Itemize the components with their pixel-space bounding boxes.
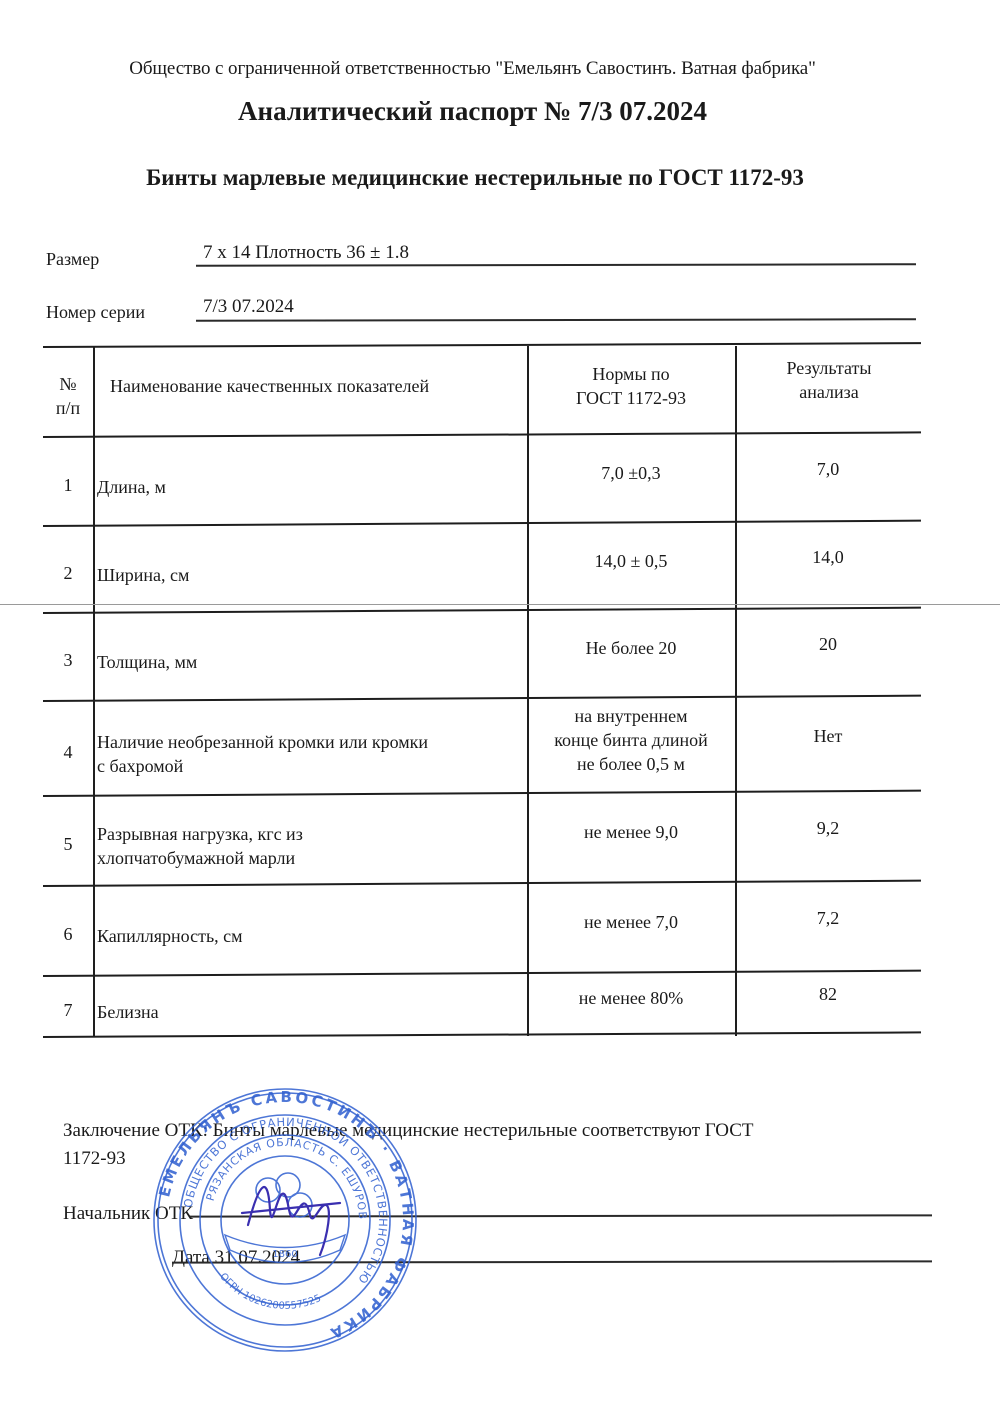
gost-norm-line: конце бинта длиной bbox=[527, 728, 735, 752]
table-column-divider bbox=[735, 346, 737, 1036]
row-number-line: 3 bbox=[43, 648, 93, 672]
row-number: 5 bbox=[43, 832, 93, 856]
analysis-result-line: 9,2 bbox=[735, 816, 921, 840]
table-row-divider bbox=[43, 1031, 921, 1038]
analysis-result-line: 7,2 bbox=[735, 906, 921, 930]
analysis-result-line: 7,0 bbox=[735, 457, 921, 481]
header-results-line1: Результаты bbox=[737, 356, 921, 380]
row-number: 3 bbox=[43, 648, 93, 672]
gost-norm-line: не менее 9,0 bbox=[527, 820, 735, 844]
table-column-divider bbox=[93, 346, 95, 1036]
gost-norm: не менее 80% bbox=[527, 986, 735, 1010]
analysis-result: Нет bbox=[735, 724, 921, 748]
indicator-name-line: с бахромой bbox=[97, 754, 523, 778]
gost-norm-line: Не более 20 bbox=[527, 636, 735, 660]
analysis-result: 14,0 bbox=[735, 545, 921, 569]
stamp-year: 1860 bbox=[272, 1249, 297, 1260]
row-number-line: 2 bbox=[43, 561, 93, 585]
indicator-name: Длина, м bbox=[97, 475, 523, 499]
analysis-result-line: 14,0 bbox=[735, 545, 921, 569]
gost-norm: 14,0 ± 0,5 bbox=[527, 549, 735, 573]
gost-norm-line: не менее 80% bbox=[527, 986, 735, 1010]
product-subtitle: Бинты марлевые медицинские нестерильные … bbox=[0, 165, 950, 191]
indicator-name: Наличие необрезанной кромки или кромкис … bbox=[97, 730, 523, 778]
row-number: 6 bbox=[43, 922, 93, 946]
gost-norm-line: 7,0 ±0,3 bbox=[527, 461, 735, 485]
row-number-line: 7 bbox=[43, 998, 93, 1022]
organization-name: Общество с ограниченной ответственностью… bbox=[0, 58, 945, 80]
indicator-name-line: Капиллярность, см bbox=[97, 924, 523, 948]
indicator-name: Разрывная нагрузка, кгс изхлопчатобумажн… bbox=[97, 822, 523, 870]
header-norms: Нормы по ГОСТ 1172-93 bbox=[527, 362, 735, 410]
gost-norm: 7,0 ±0,3 bbox=[527, 461, 735, 485]
table-row-divider bbox=[43, 342, 921, 348]
header-indicator-name: Наименование качественных показателей bbox=[110, 374, 520, 398]
table-row-divider bbox=[43, 607, 921, 614]
row-number-line: 5 bbox=[43, 832, 93, 856]
analysis-result: 7,2 bbox=[735, 906, 921, 930]
indicator-name: Белизна bbox=[97, 1000, 523, 1024]
indicator-name: Капиллярность, см bbox=[97, 924, 523, 948]
document-title: Аналитический паспорт № 7/3 07.2024 bbox=[0, 96, 945, 127]
header-norms-line1: Нормы по bbox=[527, 362, 735, 386]
gost-norm-line: на внутреннем bbox=[527, 704, 735, 728]
indicator-name-line: хлопчатобумажной марли bbox=[97, 846, 523, 870]
series-label: Номер серии bbox=[46, 302, 145, 323]
analysis-result-line: 82 bbox=[735, 982, 921, 1006]
row-number: 4 bbox=[43, 740, 93, 764]
company-stamp: ЕМЕЛЬЯНЪ САВОСТИНЪ · ВАТНАЯ ФАБРИКА ОБЩЕ… bbox=[150, 1085, 420, 1355]
indicator-name-line: Длина, м bbox=[97, 475, 523, 499]
table-column-divider bbox=[527, 346, 529, 1036]
indicator-name: Ширина, см bbox=[97, 563, 523, 587]
size-value: 7 х 14 Плотность 36 ± 1.8 bbox=[203, 242, 409, 264]
header-num-abbrev: п/п bbox=[43, 396, 93, 420]
gost-norm: на внутреннемконце бинта длинойне более … bbox=[527, 704, 735, 776]
header-results-line2: анализа bbox=[737, 380, 921, 404]
row-number-line: 4 bbox=[43, 740, 93, 764]
table-row-divider bbox=[43, 431, 921, 438]
gost-norm: Не более 20 bbox=[527, 636, 735, 660]
analysis-result: 20 bbox=[735, 632, 921, 656]
series-underline bbox=[196, 318, 916, 322]
indicator-name-line: Толщина, мм bbox=[97, 650, 523, 674]
header-num: № п/п bbox=[43, 372, 93, 420]
header-results: Результаты анализа bbox=[737, 356, 921, 404]
row-number-line: 6 bbox=[43, 922, 93, 946]
gost-norm-line: 14,0 ± 0,5 bbox=[527, 549, 735, 573]
scan-fold-line bbox=[0, 604, 1000, 605]
row-number: 7 bbox=[43, 998, 93, 1022]
indicator-name-line: Наличие необрезанной кромки или кромки bbox=[97, 730, 523, 754]
size-underline bbox=[196, 263, 916, 267]
table-row-divider bbox=[43, 790, 921, 797]
size-label: Размер bbox=[46, 249, 99, 270]
indicator-name-line: Ширина, см bbox=[97, 563, 523, 587]
series-value: 7/3 07.2024 bbox=[203, 296, 294, 318]
analysis-result: 9,2 bbox=[735, 816, 921, 840]
analysis-result: 7,0 bbox=[735, 457, 921, 481]
gost-norm: не менее 9,0 bbox=[527, 820, 735, 844]
table-row-divider bbox=[43, 520, 921, 527]
gost-norm-line: не менее 7,0 bbox=[527, 910, 735, 934]
header-norms-line2: ГОСТ 1172-93 bbox=[527, 386, 735, 410]
gost-norm: не менее 7,0 bbox=[527, 910, 735, 934]
stamp-ogrn: ОГРН 1026200557525 bbox=[217, 1271, 323, 1312]
analysis-result: 82 bbox=[735, 982, 921, 1006]
header-num-symbol: № bbox=[43, 372, 93, 396]
table-row-divider bbox=[43, 695, 921, 702]
gost-norm-line: не более 0,5 м bbox=[527, 752, 735, 776]
row-number: 2 bbox=[43, 561, 93, 585]
row-number: 1 bbox=[43, 473, 93, 497]
table-row-divider bbox=[43, 880, 921, 887]
row-number-line: 1 bbox=[43, 473, 93, 497]
indicator-name: Толщина, мм bbox=[97, 650, 523, 674]
table-row-divider bbox=[43, 970, 921, 977]
indicator-name-line: Разрывная нагрузка, кгс из bbox=[97, 822, 523, 846]
analysis-result-line: 20 bbox=[735, 632, 921, 656]
indicator-name-line: Белизна bbox=[97, 1000, 523, 1024]
analysis-result-line: Нет bbox=[735, 724, 921, 748]
svg-text:ОГРН 1026200557525: ОГРН 1026200557525 bbox=[217, 1271, 323, 1312]
